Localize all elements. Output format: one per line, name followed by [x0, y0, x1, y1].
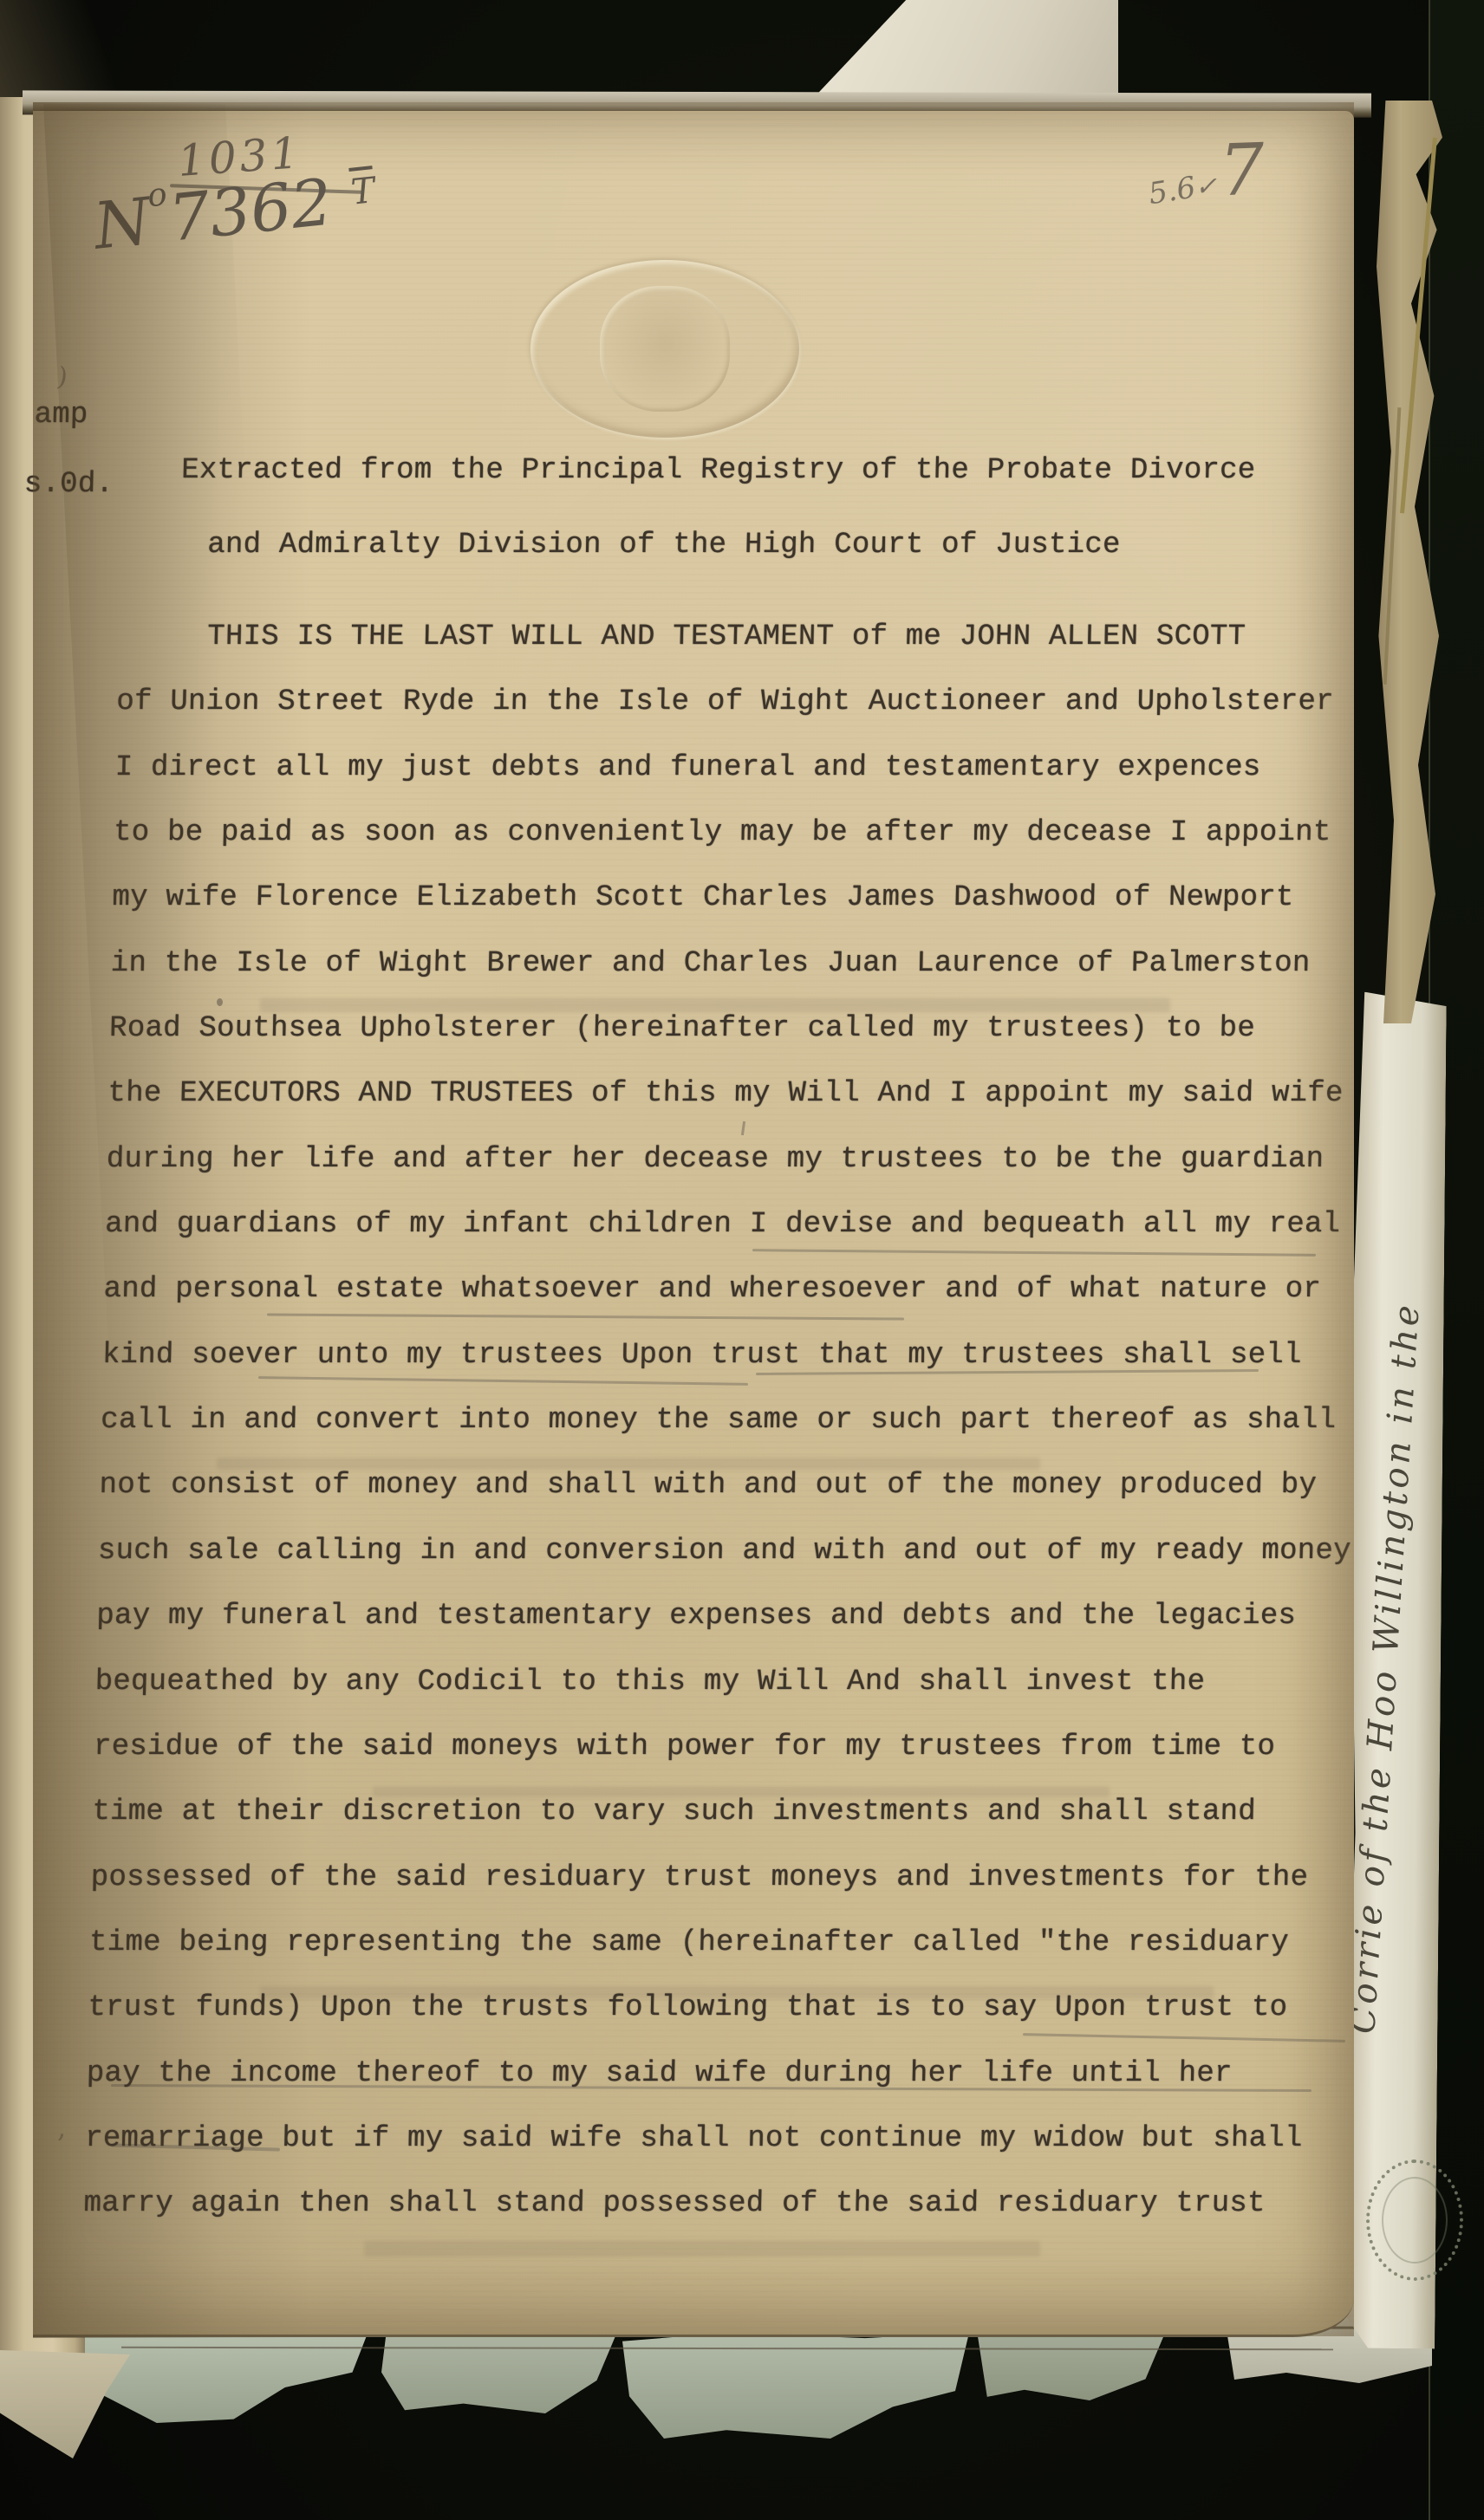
typed-line: pay the income thereof to my said wife d… — [86, 2056, 1340, 2121]
typed-line: pay my funeral and testamentary expenses… — [95, 1598, 1350, 1663]
typed-line: Road Southsea Upholsterer (hereinafter c… — [108, 1010, 1363, 1075]
typed-line: in the Isle of Wight Brewer and Charles … — [110, 945, 1364, 1010]
will-body-text: THIS IS THE LAST WILL AND TESTAMENT of m… — [82, 619, 1371, 2251]
cutoff-stamp-amount: s.0d. — [23, 468, 114, 501]
typed-line: bequeathed by any Codicil to this my Wil… — [94, 1664, 1348, 1729]
typed-line: possessed of the said residuary trust mo… — [90, 1860, 1344, 1925]
typed-line: the EXECUTORS AND TRUSTEES of this my Wi… — [107, 1075, 1361, 1140]
typed-line: and personal estate whatsoever and where… — [102, 1271, 1357, 1336]
typed-line: of Union Street Ryde in the Isle of Wigh… — [115, 684, 1370, 749]
typed-line: my wife Florence Elizabeth Scott Charles… — [111, 880, 1365, 945]
typed-line: residue of the said moneys with power fo… — [93, 1729, 1347, 1794]
typed-line: kind soever unto my trustees Upon trust … — [101, 1337, 1356, 1402]
heading-line-1: Extracted from the Principal Registry of… — [181, 454, 1256, 487]
typed-line: time being representing the same (herein… — [88, 1925, 1343, 1990]
typed-line: I direct all my just debts and funeral a… — [114, 750, 1368, 815]
typed-line: during her life and after her decease my… — [106, 1141, 1360, 1206]
scanned-will-photograph: Corrie of the Hoo Willington in the ) , … — [0, 0, 1484, 2520]
typed-line: call in and convert into money the same … — [100, 1402, 1354, 1467]
typed-line: marry again then shall stand possessed o… — [82, 2186, 1337, 2250]
typed-line: to be paid as soon as conveniently may b… — [113, 815, 1367, 880]
heading-line-2: and Admiralty Division of the High Court… — [207, 529, 1121, 562]
typed-line: remarriage but if my said wife shall not… — [84, 2121, 1338, 2186]
typed-line: time at their discretion to vary such in… — [91, 1794, 1345, 1859]
typewritten-text-layer: amp s.0d. Extracted from the Principal R… — [0, 0, 1484, 2520]
cutoff-stamp-word: amp — [34, 399, 88, 432]
typed-line: and guardians of my infant children I de… — [104, 1206, 1358, 1271]
typed-line: trust funds) Upon the trusts following t… — [87, 1990, 1341, 2055]
typed-line: THIS IS THE LAST WILL AND TESTAMENT of m… — [117, 619, 1371, 684]
typed-line: not consist of money and shall with and … — [98, 1467, 1352, 1532]
typed-line: such sale calling in and conversion and … — [97, 1533, 1351, 1598]
